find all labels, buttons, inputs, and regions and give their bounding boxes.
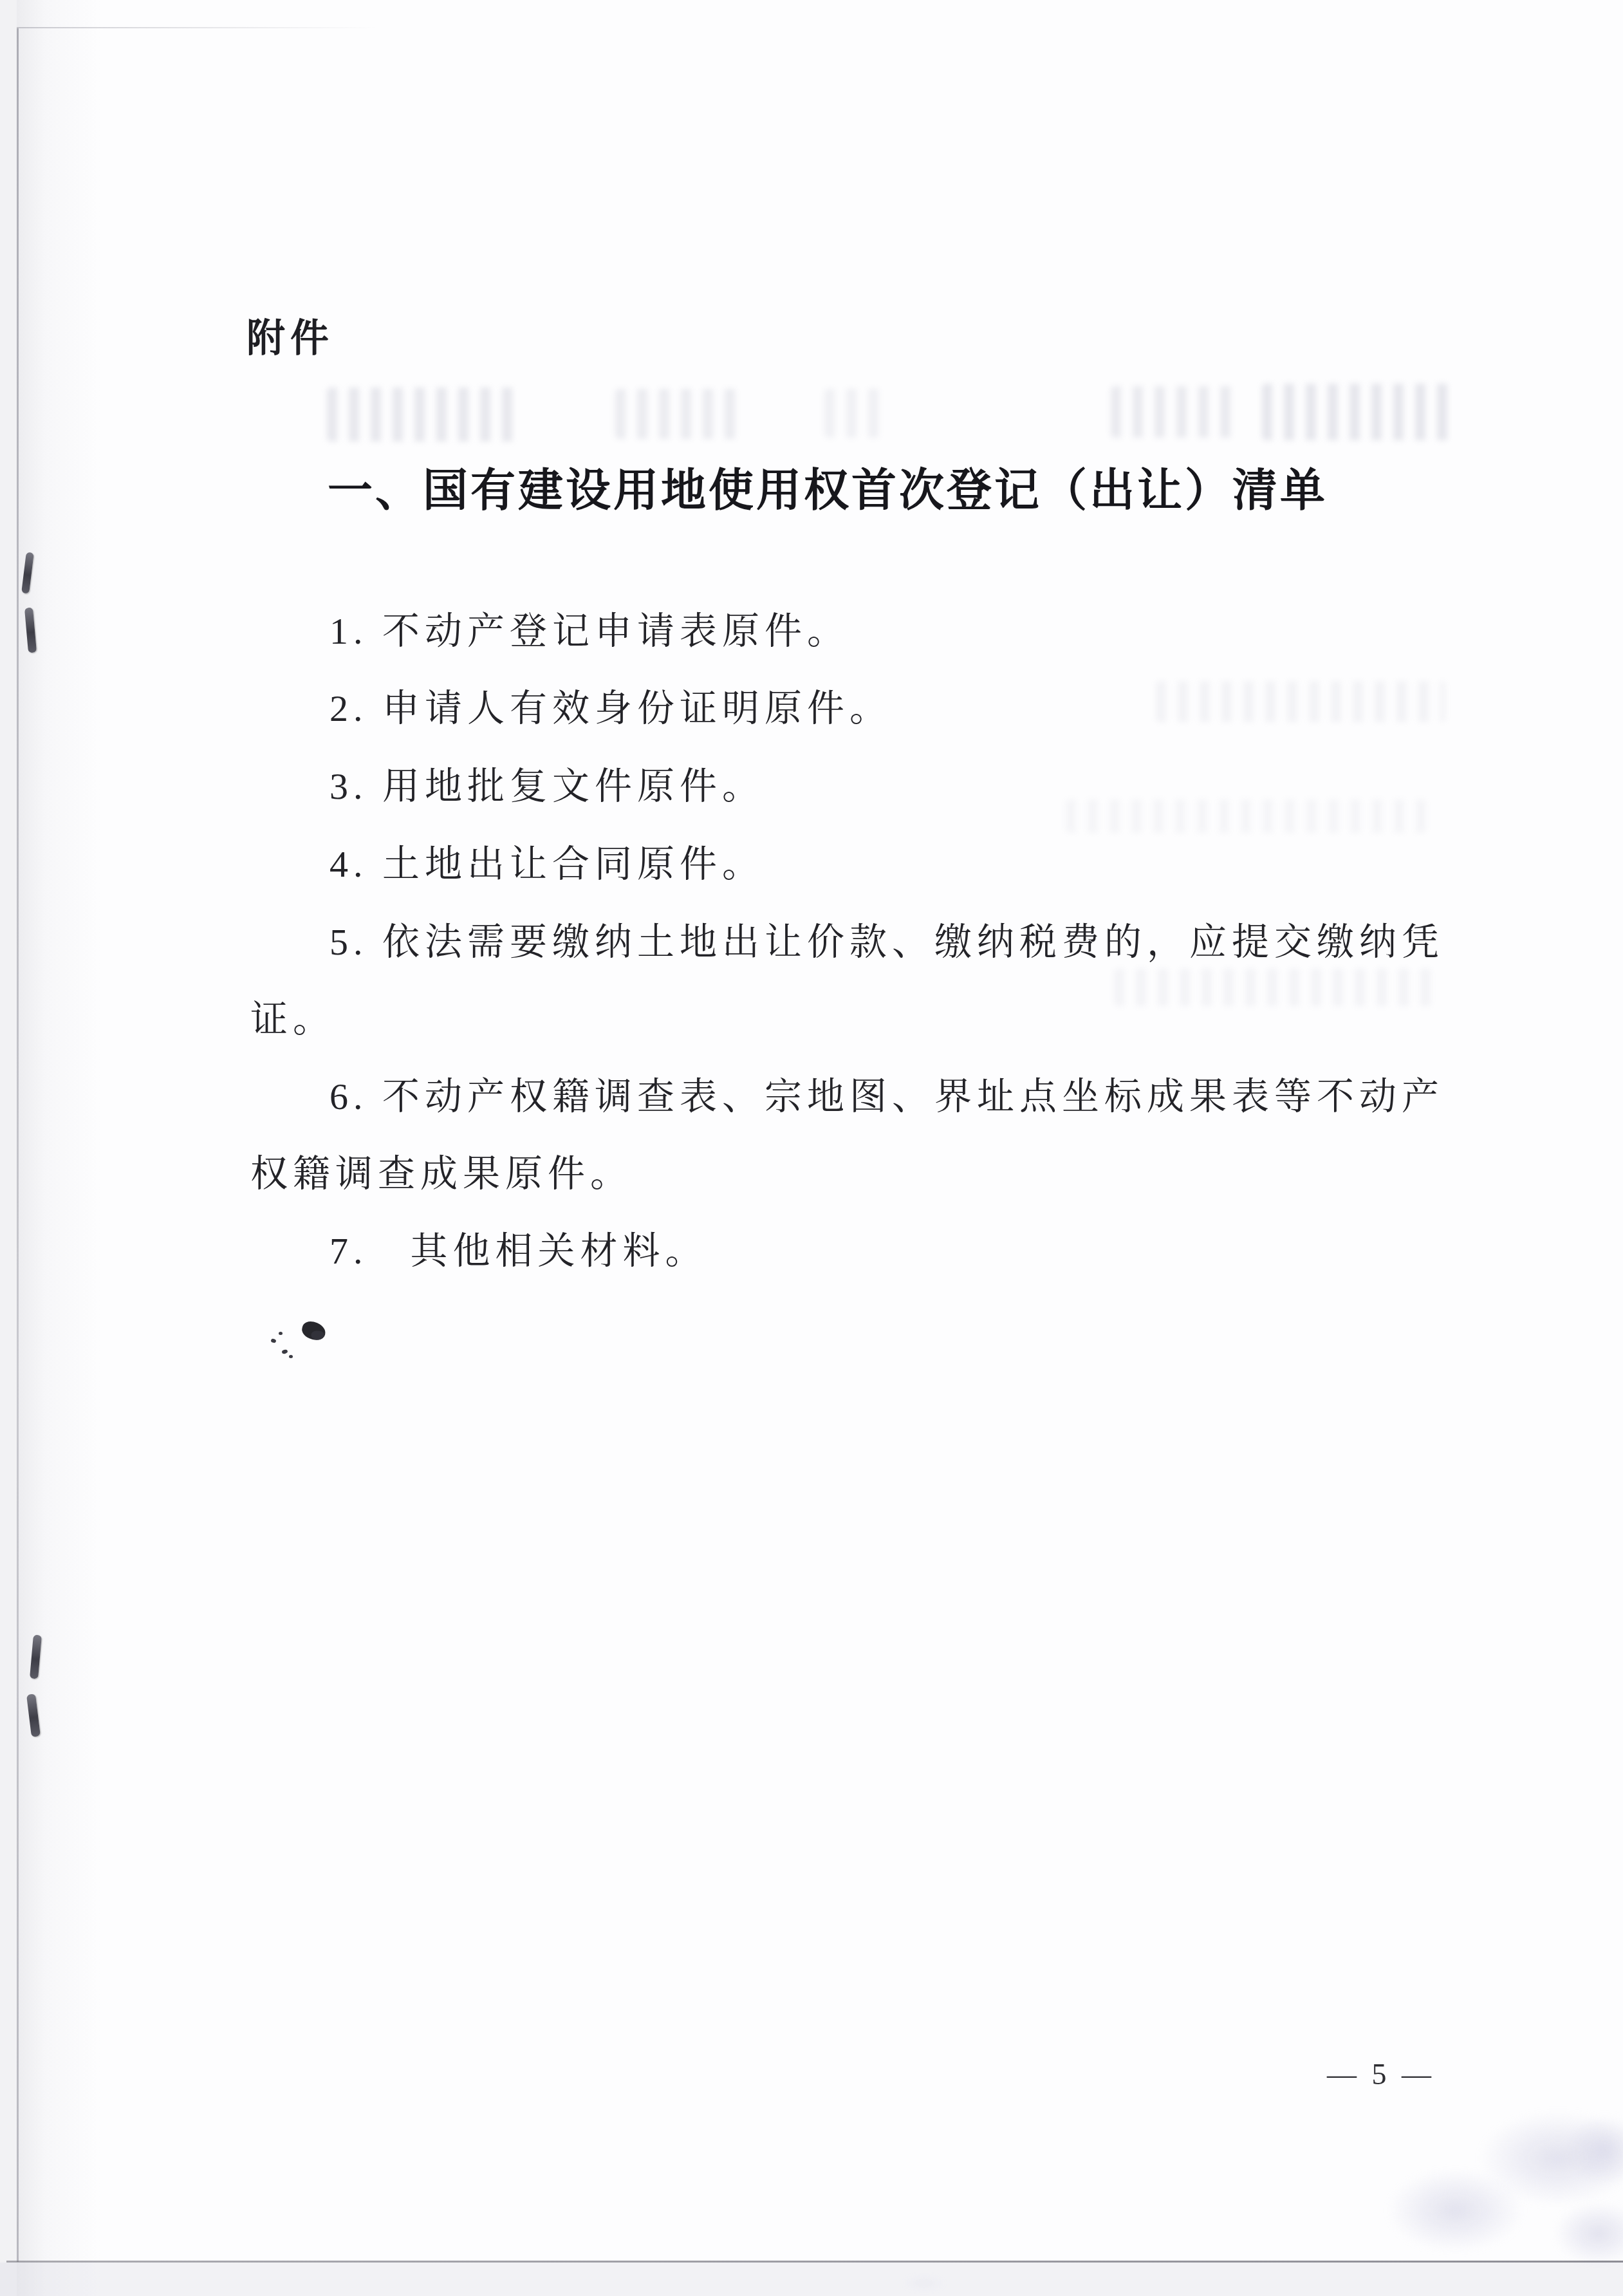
- watermark-smudge: [1553, 2201, 1623, 2266]
- list-item-5-continuation: 证。: [250, 998, 335, 1041]
- bleed-through-artifact: [824, 389, 886, 438]
- paper-top-edge: [17, 27, 377, 28]
- bleed-through-artifact: [1262, 384, 1449, 440]
- paper-sheet: 附件 一、国有建设用地使用权首次登记（出让）清单 1. 不动产登记申请表原件。 …: [17, 0, 1623, 2296]
- list-item-5: 5. 依法需要缴纳土地出让价款、缴纳税费的，应提交缴纳凭: [329, 921, 1444, 964]
- scanned-document-page: 附件 一、国有建设用地使用权首次登记（出让）清单 1. 不动产登记申请表原件。 …: [0, 0, 1623, 2296]
- bleed-through-artifact: [1156, 681, 1445, 722]
- list-item-1: 1. 不动产登记申请表原件。: [329, 610, 849, 653]
- ink-smudge-dot: [279, 1332, 283, 1335]
- list-item-4: 4. 土地出让合同原件。: [329, 843, 765, 886]
- list-item-2: 2. 申请人有效身份证明原件。: [329, 687, 892, 731]
- bleed-through-artifact: [327, 387, 520, 442]
- ink-smudge-dot: [281, 1349, 288, 1354]
- list-item-6: 6. 不动产权籍调查表、宗地图、界址点坐标成果表等不动产: [329, 1076, 1444, 1119]
- document-title: 一、国有建设用地使用权首次登记（出让）清单: [328, 454, 1328, 519]
- ink-smudge-dot: [270, 1338, 277, 1343]
- ink-smudge: [300, 1320, 327, 1342]
- bleed-through-artifact: [1114, 969, 1436, 1006]
- bleed-through-artifact: [615, 389, 744, 439]
- bleed-through-artifact: [1111, 386, 1233, 438]
- paper-left-edge: [17, 28, 19, 2262]
- list-item-3: 3. 用地批复文件原件。: [329, 765, 765, 808]
- bleed-through-artifact: [1066, 799, 1426, 833]
- attachment-label: 附件: [246, 308, 334, 363]
- ink-smudge-dot: [289, 1355, 293, 1358]
- page-number: — 5 —: [1327, 2057, 1435, 2091]
- scanner-background: [0, 2263, 1623, 2296]
- watermark-smudge: [1386, 2168, 1525, 2253]
- list-item-7: 7. 其他相关材料。: [329, 1230, 708, 1273]
- list-item-6-continuation: 权籍调查成果原件。: [250, 1153, 633, 1196]
- watermark-smudge: [1566, 2114, 1623, 2185]
